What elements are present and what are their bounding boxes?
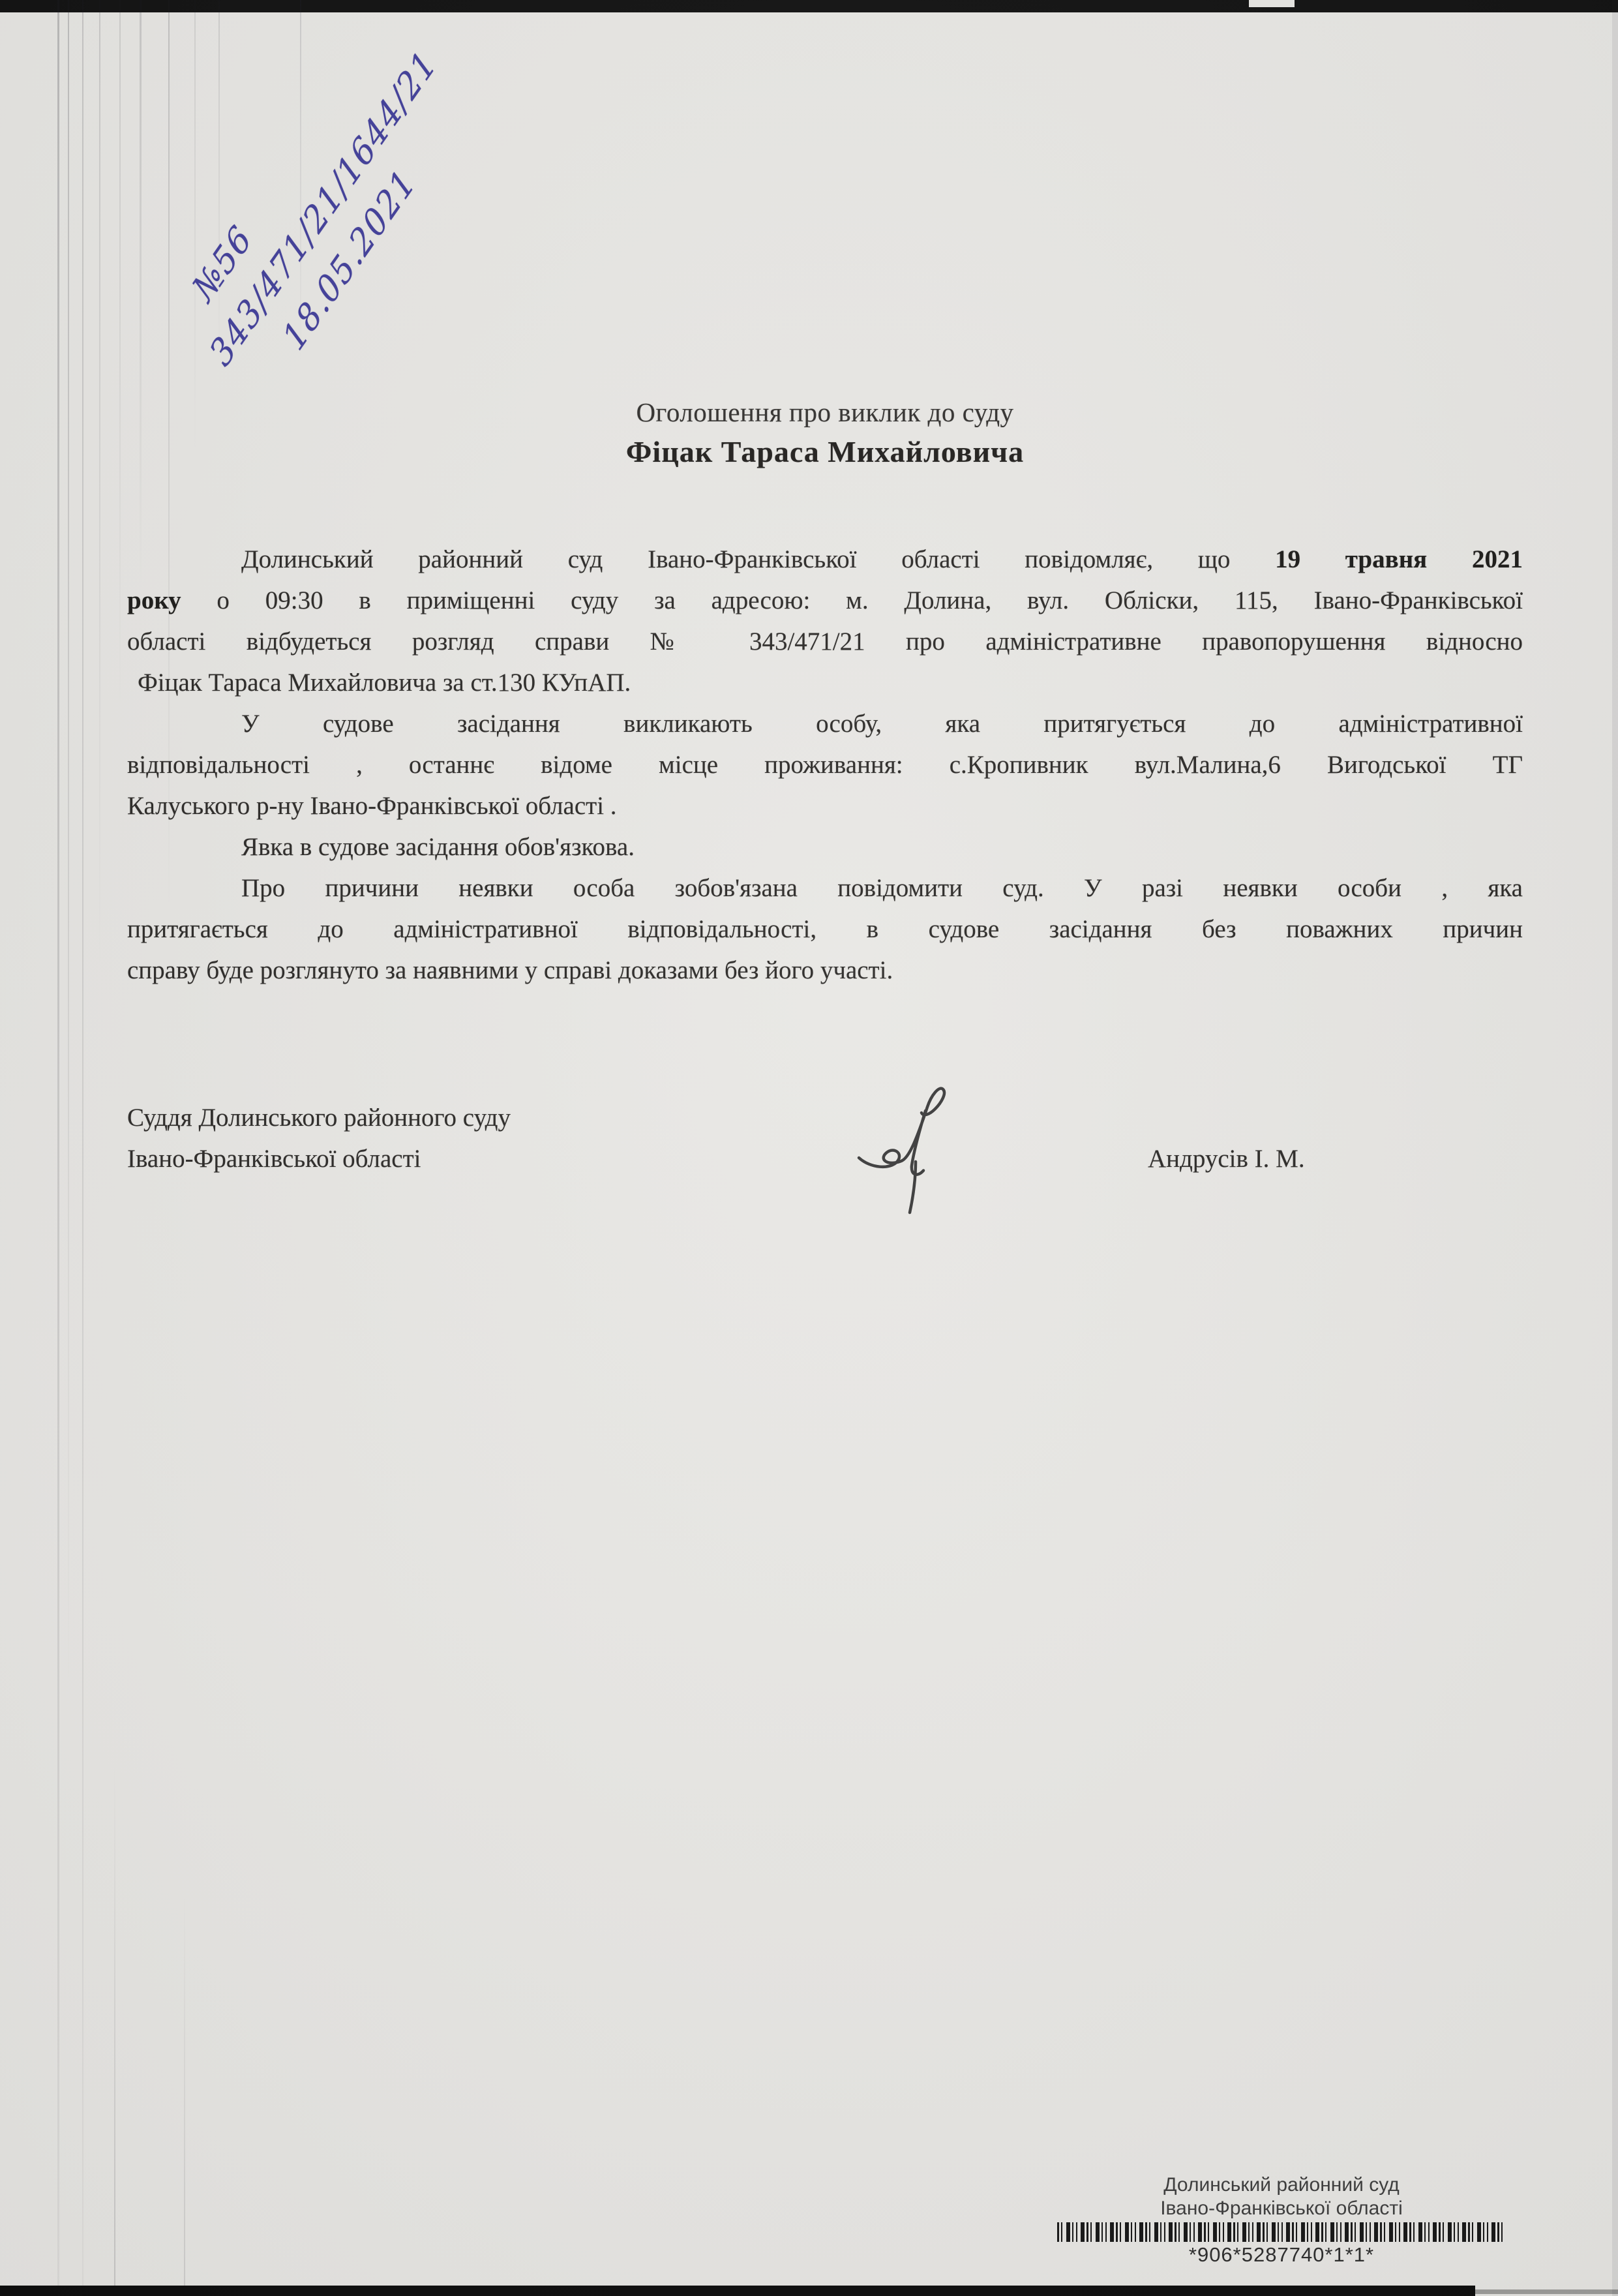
body-line: справу буде розглянуто за наявними у спр… — [127, 950, 1523, 991]
judge-role-line2: Івано-Франківської області — [127, 1138, 421, 1179]
body-text: Явка в судове засідання обов'язкова. — [241, 833, 635, 861]
scanner-bottom-edge — [0, 2286, 1475, 2296]
body-line: області відбудеться розгляд справи № 343… — [127, 621, 1523, 662]
document-title: Оголошення про виклик до суду — [127, 393, 1523, 431]
body-text: відповідальності , останнє відоме місце … — [127, 751, 1523, 779]
body-line: Калуського р-ну Івано-Франківської облас… — [127, 785, 1523, 826]
body-text: Фіцак Тараса Михайловича за ст.130 КУпАП… — [138, 669, 631, 697]
scanner-top-edge-notch — [1249, 0, 1295, 7]
scanner-bottom-edge-right — [1475, 2289, 1618, 2294]
body-text: Про причини неявки особа зобов'язана пов… — [241, 874, 1523, 902]
scan-streak — [99, 0, 100, 978]
body-text-bold: року — [127, 586, 181, 614]
signature-scribble — [851, 1068, 988, 1215]
handwritten-note: №56 343/471/21/1644/21 18.05.2021 — [161, 0, 498, 413]
body-line: Про причини неявки особа зобов'язана пов… — [127, 868, 1523, 909]
body-line: відповідальності , останнє відоме місце … — [127, 744, 1523, 785]
scan-streak — [184, 1892, 185, 2296]
scan-streak — [68, 0, 69, 1696]
body-text: притягається до адміністративної відпові… — [127, 915, 1523, 943]
barcode-number: *906*5287740*1*1* — [1053, 2243, 1510, 2267]
scan-streak — [82, 0, 83, 2296]
body-text: Калуського р-ну Івано-Франківської облас… — [127, 792, 617, 820]
scan-streak — [194, 0, 196, 457]
document-body: Долинський районний суд Івано-Франківськ… — [127, 539, 1523, 991]
scan-streak — [140, 0, 142, 587]
body-text: справу буде розглянуто за наявними у спр… — [127, 956, 893, 984]
barcode-block: Долинський районний суд Івано-Франківськ… — [1053, 2173, 1510, 2267]
judge-role-line1: Суддя Долинського районного суду — [127, 1097, 511, 1138]
body-text: Долинський районний суд Івано-Франківськ… — [241, 545, 1275, 573]
body-text: області відбудеться розгляд справи № 343… — [127, 627, 1523, 656]
judge-name: Андрусів І. М. — [1148, 1138, 1305, 1179]
body-text-bold: 19 травня 2021 — [1275, 545, 1523, 573]
signature-block: Суддя Долинського районного суду Івано-Ф… — [127, 1097, 1523, 1241]
body-line: Явка в судове засідання обов'язкова. — [127, 826, 1523, 868]
body-text: У судове засідання викликають особу, яка… — [241, 710, 1523, 738]
body-line: У судове засідання викликають особу, яка… — [127, 703, 1523, 744]
body-line: притягається до адміністративної відпові… — [127, 909, 1523, 950]
scan-streak — [114, 1761, 115, 2296]
document-title-block: Оголошення про виклик до суду Фіцак Тара… — [127, 393, 1523, 473]
body-line: Фіцак Тараса Михайловича за ст.130 КУпАП… — [127, 662, 1523, 703]
scanner-top-edge — [0, 0, 1618, 12]
barcode-image — [1057, 2222, 1506, 2242]
scan-streak — [57, 0, 59, 2296]
body-line: року о 09:30 в приміщенні суду за адресо… — [127, 580, 1523, 621]
body-text: о 09:30 в приміщенні суду за адресою: м.… — [181, 586, 1523, 614]
scanner-right-edge — [1612, 0, 1618, 2296]
scan-streak — [119, 0, 121, 717]
scanned-court-summons-page: №56 343/471/21/1644/21 18.05.2021 Оголош… — [0, 0, 1618, 2296]
barcode-court-name-line2: Івано-Франківської області — [1053, 2197, 1510, 2220]
barcode-court-name-line1: Долинський районний суд — [1053, 2173, 1510, 2197]
body-line: Долинський районний суд Івано-Франківськ… — [127, 539, 1523, 580]
document-title-person-name: Фіцак Тараса Михайловича — [127, 431, 1523, 473]
